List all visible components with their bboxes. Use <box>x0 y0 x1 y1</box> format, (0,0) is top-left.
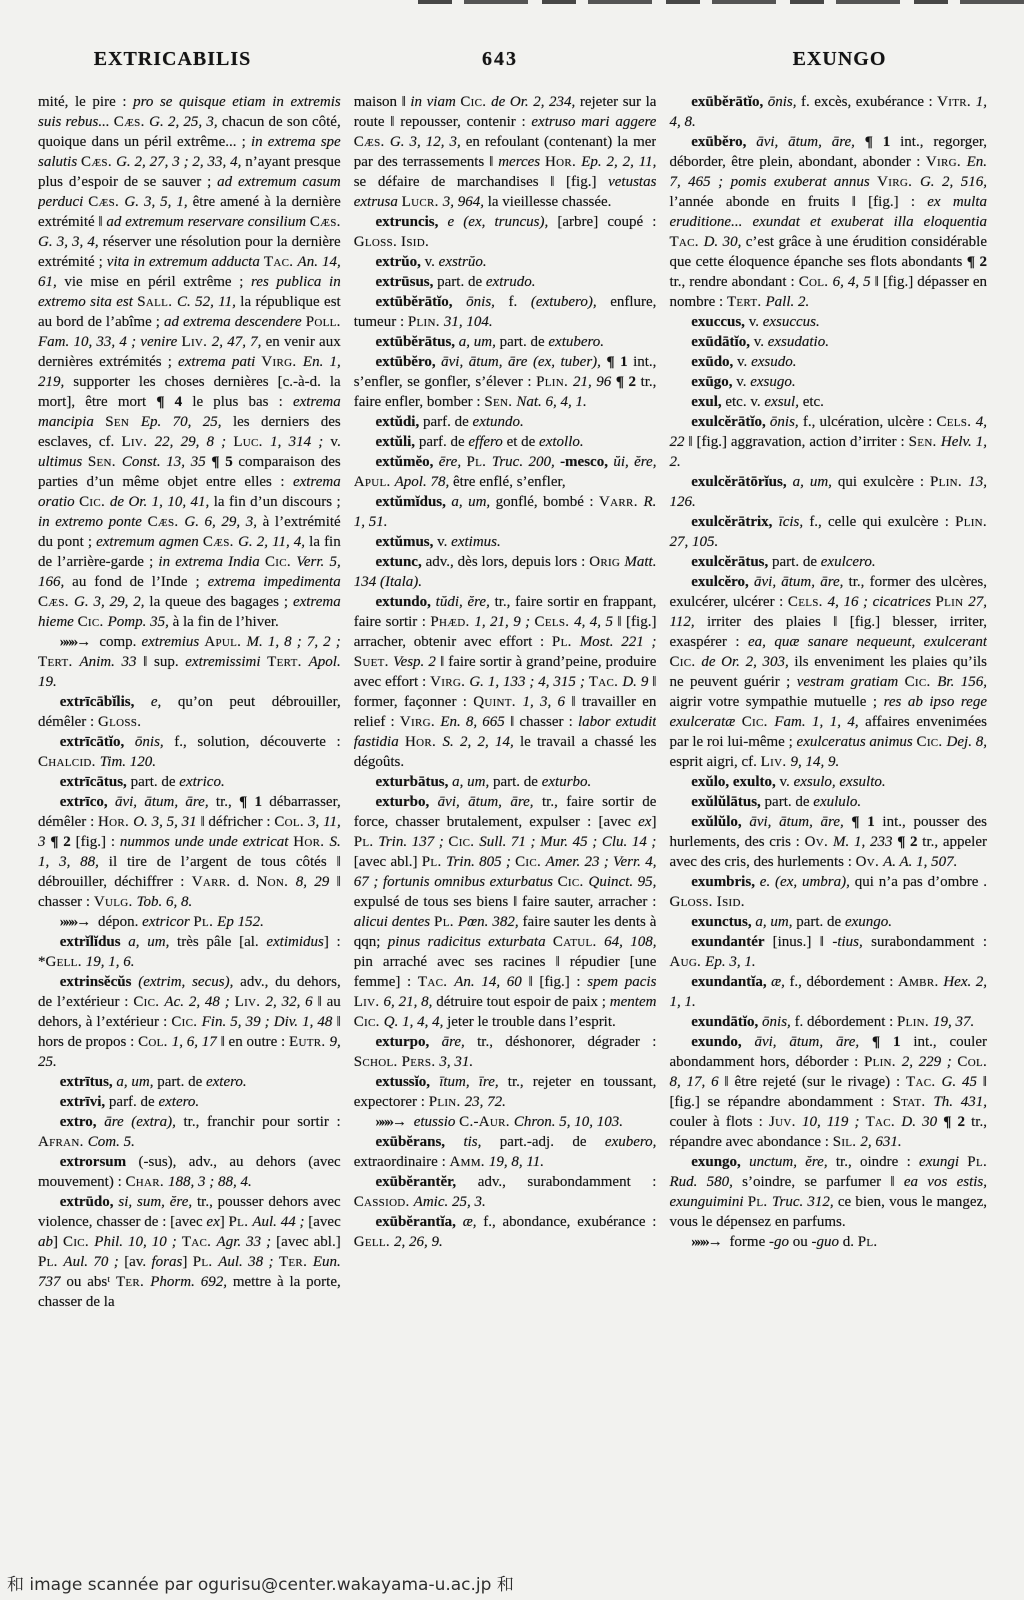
latin-italic-text: exulcero. <box>821 554 876 570</box>
latin-italic-text: Q. 1, 4, 4, <box>384 1014 447 1030</box>
author-abbrev: Tac. <box>182 1234 217 1250</box>
text-run: aigrir votre sympathie mutuelle ; <box>669 694 883 710</box>
entry-exundanter: exundantér [inus.] ‖ -tius, surabondamme… <box>669 932 987 972</box>
author-abbrev: Gloss. <box>98 714 141 730</box>
latin-italic-text: -guo <box>812 1234 843 1250</box>
latin-italic-text: Pomp. 35, <box>108 614 173 630</box>
author-abbrev: Catul. <box>553 934 604 950</box>
text-run: tr., oindre : <box>836 1154 919 1170</box>
latin-italic-text: Dej. 8, <box>947 734 987 750</box>
author-abbrev: Varr. <box>599 494 643 510</box>
latin-italic-text: 10, 119 ; <box>802 1114 866 1130</box>
text-run: [avec abl.] <box>276 1234 341 1250</box>
text-run: être enflé, s’enfler, <box>453 474 566 490</box>
text-run: parf. de <box>419 434 469 450</box>
author-abbrev: Tac. <box>264 254 298 270</box>
latin-italic-text: ex <box>206 1214 219 1230</box>
text-run: ‖ [fig.] : <box>528 974 587 990</box>
author-abbrev: Cels. <box>535 614 575 630</box>
latin-italic-text: 64, 108, <box>604 934 656 950</box>
author-abbrev: Liv. <box>761 754 791 770</box>
bold-text: exturbo, <box>375 794 437 810</box>
latin-italic-text: āre, <box>442 1034 478 1050</box>
entry-exubero: exūbĕro, āvi, ātum, āre, ¶ 1 int., regor… <box>669 132 987 312</box>
entry-extuberatio: extūbĕrātĭo, ōnis, f. (extubero), enflur… <box>354 292 657 332</box>
entry-exturbo: exturbo, āvi, ātum, āre, tr., faire sort… <box>354 792 657 1032</box>
bold-text: exungo, <box>691 1154 749 1170</box>
author-abbrev: Liv. <box>235 994 266 1010</box>
latin-italic-text: extremum agmen <box>96 534 203 550</box>
bold-text: extrīcātĭo, <box>60 734 135 750</box>
bold-text: extrūdo, <box>60 1194 119 1210</box>
latin-italic-text: in extrema India <box>158 554 265 570</box>
latin-italic-text: effero <box>468 434 506 450</box>
bold-text: exūbĕrātĭo, <box>691 94 768 110</box>
author-abbrev: Tert. <box>38 654 79 670</box>
latin-italic-text: Amic. 25, 3. <box>414 1194 486 1210</box>
latin-italic-text: Fin. 5, 39 ; Div. 1, 48 <box>202 1014 337 1030</box>
continuation-paragraph: mité, le pire : pro se quisque etiam in … <box>38 92 341 632</box>
latin-italic-text: (extrim, secus), <box>138 974 240 990</box>
latin-italic-text: ultimus <box>38 454 88 470</box>
author-abbrev: Virg. <box>926 154 967 170</box>
text-run: f. débordement : <box>795 1014 897 1030</box>
bold-text: exulcĕro, <box>691 574 754 590</box>
author-abbrev: Cic. <box>354 1014 384 1030</box>
latin-italic-text: alicui dentes <box>354 914 434 930</box>
author-abbrev: Pl. <box>354 834 379 850</box>
author-abbrev: Tert. <box>727 294 766 310</box>
author-abbrev: Quint. <box>473 694 522 710</box>
author-abbrev: Virg. <box>877 174 920 190</box>
text-run: mité, le pire : <box>38 94 133 110</box>
author-abbrev: Col. <box>274 814 308 830</box>
text-run: d. <box>843 1234 858 1250</box>
entry-exulcero: exulcĕro, āvi, ātum, āre, tr., former de… <box>669 572 987 772</box>
bold-text: exumbris, <box>691 874 760 890</box>
text-run: part.-adj. de <box>500 1134 605 1150</box>
latin-italic-text: ad extrema descendere <box>164 314 306 330</box>
author-abbrev: Liv. <box>181 334 211 350</box>
latin-italic-text: C. 52, 11, <box>177 294 240 310</box>
entry-exunctus: exunctus, a, um, part. de exungo. <box>669 912 987 932</box>
latin-italic-text: exsulo, exsulto. <box>794 774 886 790</box>
text-run: dépon. <box>94 914 142 930</box>
column-3: exūbĕrātĭo, ōnis, f. excès, exubérance :… <box>669 92 987 1556</box>
latin-italic-text: Ep. 2, 2, 11, <box>581 154 656 170</box>
latin-italic-text: M. 1, 8 ; 7, 2 ; <box>247 634 341 650</box>
text-run: part. de <box>765 794 814 810</box>
latin-italic-text: 27, 105. <box>669 534 718 550</box>
latin-italic-text: Anim. 33 <box>79 654 143 670</box>
entry-extunc: extunc, adv., dès lors, depuis lors : Or… <box>354 552 657 592</box>
text-run: part. de <box>157 1074 206 1090</box>
running-head-right-word: EXUNGO <box>655 48 1024 71</box>
entry-exudatio: exūdātĭo, v. exsudatio. <box>669 332 987 352</box>
entry-extumidus: extŭmĭdus, a, um, gonflé, bombé : Varr. … <box>354 492 657 532</box>
latin-italic-text: Com. 5. <box>88 1134 135 1150</box>
entry-exuberatio: exūbĕrātĭo, ōnis, f. excès, exubérance :… <box>669 92 987 132</box>
author-abbrev: Tac. <box>418 974 454 990</box>
author-abbrev: Sall. <box>137 294 177 310</box>
text-run: part. de <box>772 554 821 570</box>
author-abbrev: Cels. <box>936 414 975 430</box>
text-run: part. de <box>493 774 542 790</box>
latin-italic-text: Phorm. 692, <box>150 1274 233 1290</box>
remark-arrow-icon: »»»→ <box>60 914 90 930</box>
latin-italic-text: Apol. 78, <box>395 474 453 490</box>
author-abbrev: Cic. <box>669 654 701 670</box>
text-run: v. <box>425 254 439 270</box>
latin-italic-text: 6, 4, 5 <box>833 274 875 290</box>
author-abbrev: Varr. <box>192 874 238 890</box>
author-abbrev: Stat. <box>893 1094 934 1110</box>
text-columns: mité, le pire : pro se quisque etiam in … <box>0 71 1024 1556</box>
bold-text: exūgo, <box>691 374 736 390</box>
text-run: ou absᵗ <box>66 1274 116 1290</box>
text-run: ] <box>220 1214 229 1230</box>
bold-text: exul, <box>691 394 725 410</box>
latin-italic-text: tŭdi, ĕre, <box>436 594 495 610</box>
author-abbrev: Sen. <box>484 394 516 410</box>
author-abbrev: Virg. <box>261 354 302 370</box>
latin-italic-text: ea, quæ sanare nequeunt, exulcerant <box>748 634 987 650</box>
author-abbrev: Luc. <box>233 434 270 450</box>
bold-text: extrītus, <box>60 1074 117 1090</box>
entry-extrorsum: extrorsum (-sus), adv., au dehors (avec … <box>38 1152 341 1192</box>
author-abbrev: Vulg. <box>94 894 137 910</box>
bold-text: extrīco, <box>60 794 115 810</box>
author-abbrev: Pl. <box>466 454 491 470</box>
latin-italic-text: extruso mari aggere <box>531 114 656 130</box>
text-run: part. de <box>796 914 845 930</box>
author-abbrev: Gloss. Isid. <box>354 234 429 250</box>
author-abbrev: Cic. <box>917 734 947 750</box>
latin-italic-text: Vesp. 2 <box>393 654 440 670</box>
latin-italic-text: Ep. 70, 25, <box>141 414 233 430</box>
latin-italic-text: ab <box>38 1234 53 1250</box>
entry-exumbris: exumbris, e. (ex, umbra), qui n’a pas d’… <box>669 872 987 912</box>
latin-italic-text: tis, <box>463 1134 499 1150</box>
latin-italic-text: exsuccus. <box>763 314 820 330</box>
author-abbrev: Pl. <box>434 914 458 930</box>
bold-text: extundo, <box>375 594 435 610</box>
author-abbrev: Aug. <box>669 954 705 970</box>
latin-italic-text: Nat. 6, 4, 1. <box>516 394 586 410</box>
author-abbrev: Virg. <box>400 714 440 730</box>
latin-italic-text: Most. 221 ; <box>580 634 657 650</box>
author-abbrev: Ter. <box>279 1254 313 1270</box>
bold-text: exūbĕrantĭa, <box>375 1214 462 1230</box>
text-run: jeter le trouble dans l’esprit. <box>447 1014 616 1030</box>
entry-extuberatus: extūbĕrātus, a, um, part. de extubero. <box>354 332 657 352</box>
author-abbrev: Plin. <box>955 514 987 530</box>
text-run: le plus bas : <box>192 394 293 410</box>
latin-italic-text: etussio <box>414 1114 459 1130</box>
latin-italic-text: āvi, ātum, āre, <box>438 794 542 810</box>
latin-italic-text: a, um, <box>116 1074 157 1090</box>
latin-italic-text: G. 1, 133 ; 4, 315 ; <box>469 674 588 690</box>
text-run: à la fin de l’hiver. <box>173 614 279 630</box>
entry-exulceratus: exulcĕrātus, part. de exulcero. <box>669 552 987 572</box>
latin-italic-text: Aul. 38 ; <box>218 1254 279 1270</box>
latin-italic-text: 2, 229 ; <box>902 1054 958 1070</box>
latin-italic-text: 19, 1, 6. <box>86 954 135 970</box>
text-run: v. <box>330 434 340 450</box>
author-abbrev: Virg. <box>430 674 469 690</box>
text-run: détruire tout espoir de paix ; <box>436 994 610 1010</box>
text-run: [avec <box>308 1214 340 1230</box>
entry-exuberans: exūbĕrans, tis, part.-adj. de exubero, e… <box>354 1132 657 1172</box>
latin-italic-text: Trin. 137 ; <box>378 834 448 850</box>
latin-italic-text: āvi, ātum, āre, <box>754 574 849 590</box>
author-abbrev: Plin. <box>408 314 444 330</box>
latin-italic-text: En. 8, 665 <box>440 714 510 730</box>
entry-extrilidus: extrĭlĭdus a, um, très pâle [al. extimid… <box>38 932 341 972</box>
bold-text: exundo, <box>691 1034 754 1050</box>
author-abbrev: Non. <box>257 874 296 890</box>
latin-italic-text: extimus. <box>451 534 501 550</box>
latin-italic-text: exungi <box>919 1154 967 1170</box>
bold-text: -mesco, <box>560 454 613 470</box>
latin-italic-text: Quinct. 95, <box>589 874 657 890</box>
author-abbrev: Orig <box>589 554 624 570</box>
continuation-paragraph: maison ‖ in viam Cic. de Or. 2, 234, rej… <box>354 92 657 212</box>
entry-extrusus: extrūsus, part. de extrudo. <box>354 272 657 292</box>
text-run: tr., franchir pour sortir : <box>183 1114 340 1130</box>
latin-italic-text: 2, 32, 6 <box>265 994 317 1010</box>
author-abbrev: Cic. <box>905 674 938 690</box>
latin-italic-text: Agr. 33 ; <box>217 1234 277 1250</box>
latin-italic-text: 2, 47, 7, <box>212 334 266 350</box>
bold-text: exŭlŭlātus, <box>691 794 764 810</box>
bold-text: extŭdi, <box>375 414 423 430</box>
latin-italic-text: 9, 14, 9. <box>790 754 839 770</box>
entry-extrinsecus: extrinsĕcŭs (extrim, secus), adv., du de… <box>38 972 341 1072</box>
latin-italic-text: e (ex, truncus), <box>448 214 558 230</box>
author-abbrev: Cic. <box>265 554 296 570</box>
text-run: et de <box>507 434 539 450</box>
bold-text: exulcĕrātōrĭus, <box>691 474 792 490</box>
latin-italic-text: extremius <box>141 634 204 650</box>
latin-italic-text: exturbo. <box>542 774 592 790</box>
text-run: v. <box>749 314 763 330</box>
remark-paragraph: »»»→ comp. extremius Apul. M. 1, 8 ; 7, … <box>38 632 341 692</box>
latin-italic-text: Rud. 580, <box>669 1174 742 1190</box>
latin-italic-text: a, um, <box>128 934 177 950</box>
latin-italic-text: 1, 21, 9 ; <box>474 614 534 630</box>
latin-italic-text: 22, 29, 8 ; <box>155 434 234 450</box>
author-abbrev: Hor. <box>98 814 133 830</box>
bold-text: exūdo, <box>691 354 737 370</box>
latin-italic-text: D. 30 <box>901 1114 943 1130</box>
bold-text: extrorsum <box>60 1154 139 1170</box>
text-run: la queue des bagages ; <box>149 594 293 610</box>
text-run: s’oindre, se parfumer ‖ <box>742 1174 904 1190</box>
author-abbrev: Tert. <box>267 654 308 670</box>
latin-italic-text: extundo. <box>473 414 524 430</box>
author-abbrev: Pl. <box>422 854 446 870</box>
entry-extudi: extŭdi, parf. de extundo. <box>354 412 657 432</box>
latin-italic-text: ad extremum reservare consilium <box>106 214 309 230</box>
latin-italic-text: G. 3, 5, 1, <box>124 194 192 210</box>
latin-italic-text: Tob. 6, 8. <box>137 894 193 910</box>
author-abbrev: Sen <box>105 414 141 430</box>
latin-italic-text: a, um, <box>459 334 500 350</box>
latin-italic-text: de Or. 1, 10, 41, <box>110 494 214 510</box>
author-abbrev: Gell. <box>46 954 86 970</box>
text-run: v. <box>737 354 751 370</box>
author-abbrev: Cæs. <box>310 214 341 230</box>
author-abbrev: Sil. <box>833 1134 861 1150</box>
author-abbrev: Plin. <box>930 474 968 490</box>
latin-italic-text: exstrŭo. <box>439 254 487 270</box>
author-abbrev: Apul. <box>204 634 246 650</box>
latin-italic-text: extrema impedimenta <box>208 574 341 590</box>
latin-italic-text: extero. <box>158 1094 199 1110</box>
bold-text: ¶ 1 <box>872 1034 913 1050</box>
latin-italic-text: extrico. <box>179 774 224 790</box>
bold-text: exundantér <box>691 934 772 950</box>
latin-italic-text: G. 2, 516, <box>920 174 987 190</box>
latin-italic-text: Sull. 71 ; Mur. 45 ; Clu. 14 ; <box>479 834 656 850</box>
author-abbrev: Plin. <box>897 1014 933 1030</box>
text-run: la vieillesse chassée. <box>488 194 612 210</box>
author-abbrev: Char. <box>125 1174 168 1190</box>
bold-text: ¶ 2 <box>50 834 75 850</box>
bold-text: extŭmĕo, <box>375 454 438 470</box>
bold-text: extūbĕro, <box>375 354 441 370</box>
latin-italic-text: āvi, ātum, āre, <box>754 1034 872 1050</box>
latin-italic-text: āvi, ātum, āre, <box>115 794 216 810</box>
text-run: l’année abonde en fruits ‖ [fig.] : <box>669 194 927 210</box>
author-abbrev: Cæs. <box>114 114 149 130</box>
author-abbrev: Liv. <box>354 994 384 1010</box>
text-run: ‖ être rejeté (sur le rivage) : <box>724 1074 906 1090</box>
latin-italic-text: æ, <box>771 974 789 990</box>
entry-extritus: extrītus, a, um, part. de extero. <box>38 1072 341 1092</box>
scan-artifact-top-edge <box>418 0 1024 4</box>
latin-italic-text: Pall. 2. <box>766 294 810 310</box>
text-run: extraordinaire : <box>354 1154 450 1170</box>
author-abbrev: Cæs. <box>354 134 390 150</box>
latin-italic-text: 19, 37. <box>933 1014 974 1030</box>
latin-italic-text: S. 2, 2, 14, <box>443 734 520 750</box>
author-abbrev: Eutr. <box>289 1034 329 1050</box>
latin-italic-text: Pœn. 382, <box>458 914 523 930</box>
latin-italic-text: 21, 96 <box>573 374 616 390</box>
entry-exululatus: exŭlŭlātus, part. de exululo. <box>669 792 987 812</box>
latin-italic-text: āvi, ātum, āre (ex, tuber), <box>441 354 606 370</box>
latin-italic-text: 3, 964, <box>443 194 488 210</box>
bold-text: exulcĕrātrix, <box>691 514 778 530</box>
latin-italic-text: Const. 13, 35 <box>122 454 212 470</box>
latin-italic-text: Ep 152. <box>217 914 264 930</box>
entry-exungo: exungo, unctum, ĕre, tr., oindre : exung… <box>669 1152 987 1232</box>
entry-extrivi: extrīvi, parf. de extero. <box>38 1092 341 1112</box>
author-abbrev: Cæs. <box>38 594 74 610</box>
entry-extundo: extundo, tŭdi, ĕre, tr., faire sortir en… <box>354 592 657 772</box>
text-run: f. excès, exubérance : <box>801 94 937 110</box>
latin-italic-text: -go <box>769 1234 793 1250</box>
entry-exuccus: exuccus, v. exsuccus. <box>669 312 987 332</box>
scan-credit-footer: 和 image scannée par ogurisu@center.wakay… <box>7 1570 514 1595</box>
latin-italic-text: 8, 17, 6 <box>669 1074 724 1090</box>
text-run: maison ‖ <box>354 94 411 110</box>
author-abbrev: Cic. <box>515 854 546 870</box>
bold-text: ¶ 2 <box>967 254 987 270</box>
entry-extussio: extussĭo, ītum, īre, tr., rejeter en tou… <box>354 1072 657 1112</box>
text-run: au fond de l’Inde ; <box>72 574 207 590</box>
latin-italic-text: 4, 4, 5 <box>574 614 617 630</box>
latin-italic-text: extricor <box>142 914 193 930</box>
latin-italic-text: exululo. <box>813 794 861 810</box>
author-abbrev: Cæs. <box>88 194 124 210</box>
remark-arrow-icon: »»»→ <box>375 1114 405 1130</box>
bold-text: exulcĕrātus, <box>691 554 772 570</box>
author-abbrev: Tac. <box>589 674 623 690</box>
author-abbrev: Ambr. <box>898 974 943 990</box>
bold-text: ¶ 1 <box>239 794 269 810</box>
text-run: ] <box>53 1234 63 1250</box>
latin-italic-text: exulceratus animus <box>797 734 917 750</box>
entry-extumus: extŭmus, v. extimus. <box>354 532 657 552</box>
latin-italic-text: D. 9 <box>622 674 652 690</box>
author-abbrev: Sen. <box>909 434 941 450</box>
latin-italic-text: M. 1, 233 <box>833 834 897 850</box>
entry-extricatus: extrīcātus, part. de extrico. <box>38 772 341 792</box>
entry-extrudo: extrūdo, si, sum, ĕre, tr., pousser deho… <box>38 1192 341 1312</box>
text-run: gonflé, bombé : <box>496 494 599 510</box>
latin-italic-text: a, um, <box>793 474 838 490</box>
latin-italic-text: exsudatio. <box>768 334 829 350</box>
bold-text: ¶ 1 <box>851 814 882 830</box>
latin-italic-text: vita in extremum adducta <box>107 254 264 270</box>
latin-italic-text: āvi, ātum, āre, <box>749 814 851 830</box>
bold-text: exūbĕro, <box>691 134 756 150</box>
latin-italic-text: exsugo. <box>750 374 795 390</box>
author-abbrev: Sen. <box>88 454 122 470</box>
entry-extruo: extrŭo, v. exstrŭo. <box>354 252 657 272</box>
text-run: parf. de <box>423 414 473 430</box>
text-run: expulsé de tous ses biens ‖ faire sauter… <box>354 894 657 910</box>
entry-exulceratorius: exulcĕrātōrĭus, a, um, qui exulcère : Pl… <box>669 472 987 512</box>
latin-italic-text: ōnis, <box>762 1014 795 1030</box>
latin-italic-text: 1, 3, 6 <box>522 694 571 710</box>
entry-extricabilis: extrīcābĭlis, e, qu’on peut débrouiller,… <box>38 692 341 732</box>
bold-text: ¶ 2 <box>616 374 641 390</box>
author-abbrev: Pl. <box>858 1234 878 1250</box>
author-abbrev: Col. <box>957 1054 987 1070</box>
latin-italic-text: G. 3, 12, 3, <box>390 134 466 150</box>
text-run: tr., <box>216 794 239 810</box>
bold-text: ¶ 5 <box>211 454 238 470</box>
bold-text: ¶ 1 <box>865 134 900 150</box>
bold-text: ¶ 2 <box>943 1114 971 1130</box>
text-run: [inus.] ‖ <box>773 934 833 950</box>
latin-italic-text: vestram gratiam <box>797 674 905 690</box>
author-abbrev: Liv. <box>121 434 154 450</box>
remark-paragraph: »»»→ etussio C.-Aur. Chron. 5, 10, 103. <box>354 1112 657 1132</box>
latin-italic-text: foras <box>152 1254 183 1270</box>
author-abbrev: Afran. <box>38 1134 88 1150</box>
text-run: [avec abl.] <box>354 854 422 870</box>
latin-italic-text: Br. 156, <box>937 674 987 690</box>
latin-italic-text: ex <box>638 814 651 830</box>
text-run: [fig.] : <box>76 834 120 850</box>
bold-text: extŭmus, <box>375 534 437 550</box>
text-run: v. <box>780 774 794 790</box>
